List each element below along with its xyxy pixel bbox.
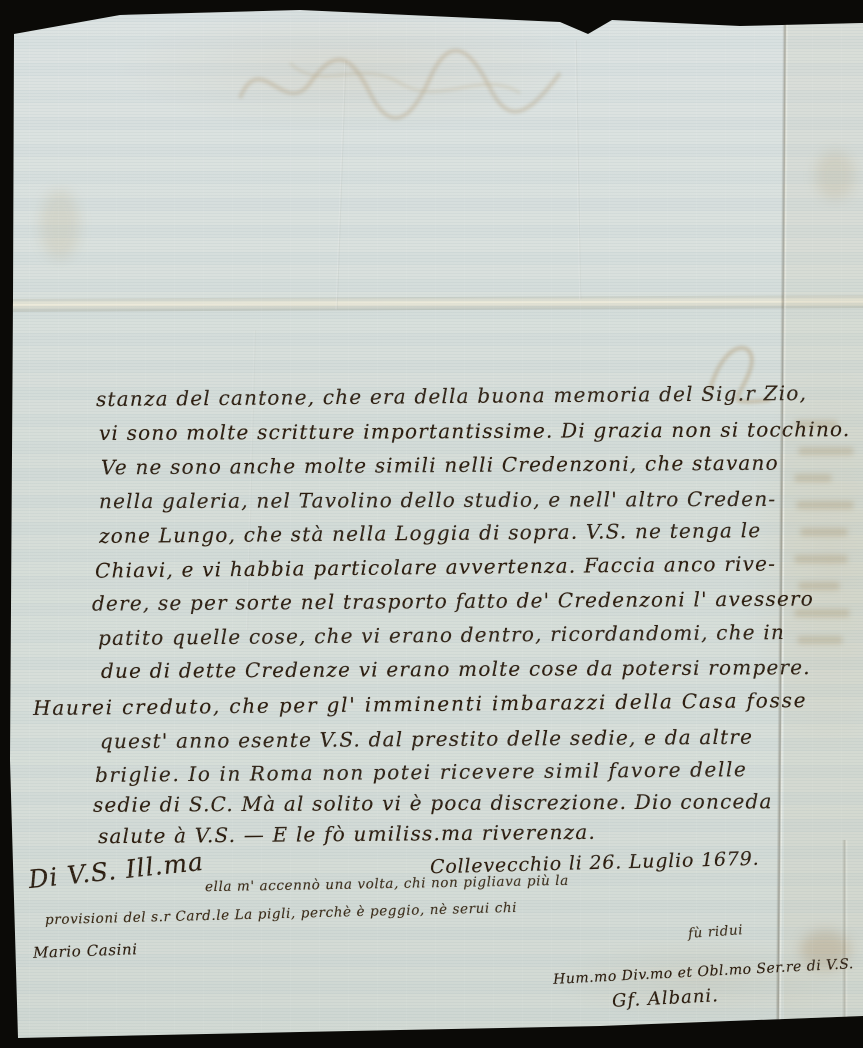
paper-wrinkle [575, 40, 582, 300]
paper-stain [815, 150, 855, 200]
body-line: Ve ne sono anche molte simili nelli Cred… [101, 451, 779, 480]
body-line: salute à V.S. — E le fò umiliss.ma river… [98, 820, 596, 848]
paper-stain [40, 190, 80, 260]
postscript-line: fù ridui [688, 922, 744, 942]
paper-wrinkle [246, 330, 256, 630]
body-line: vi sono molte scritture importantissime.… [99, 417, 851, 445]
docket-name: Mario Casini [33, 940, 138, 962]
ghost-ink-flourish-top [230, 38, 570, 132]
letter-paper: stanza del cantone, che era della buona … [0, 0, 863, 1048]
body-line: due di dette Credenze vi erano molte cos… [101, 655, 811, 683]
body-line: Haurei creduto, che per gl' imminenti im… [33, 688, 808, 720]
body-line: zone Lungo, che stà nella Loggia di sopr… [99, 518, 762, 548]
closing-salutation: Di V.S. Ill.ma [27, 847, 205, 894]
body-line: patito quelle cose, che vi erano dentro,… [98, 620, 785, 650]
body-line: quest' anno esente V.S. dal prestito del… [100, 725, 753, 754]
photograph-backdrop: stanza del cantone, che era della buona … [0, 0, 863, 1048]
body-line: dere, se per sorte nel trasporto fatto d… [92, 586, 814, 615]
postscript-line: provisioni del s.r Card.le La pigli, per… [45, 900, 517, 928]
horizontal-fold-crease [0, 295, 863, 312]
body-line: Chiavi, e vi habbia particolare avverten… [95, 551, 776, 582]
body-line: briglie. Io in Roma non potei ricevere s… [95, 757, 748, 787]
body-line: nella galeria, nel Tavolino dello studio… [99, 487, 776, 513]
signature: Gf. Albani. [612, 985, 720, 1012]
ghost-text-column [794, 420, 856, 663]
body-line: sedie di S.C. Mà al solito vi è poca dis… [93, 789, 773, 817]
postscript-line: ella m' accennò una volta, chi non pigli… [205, 873, 569, 895]
